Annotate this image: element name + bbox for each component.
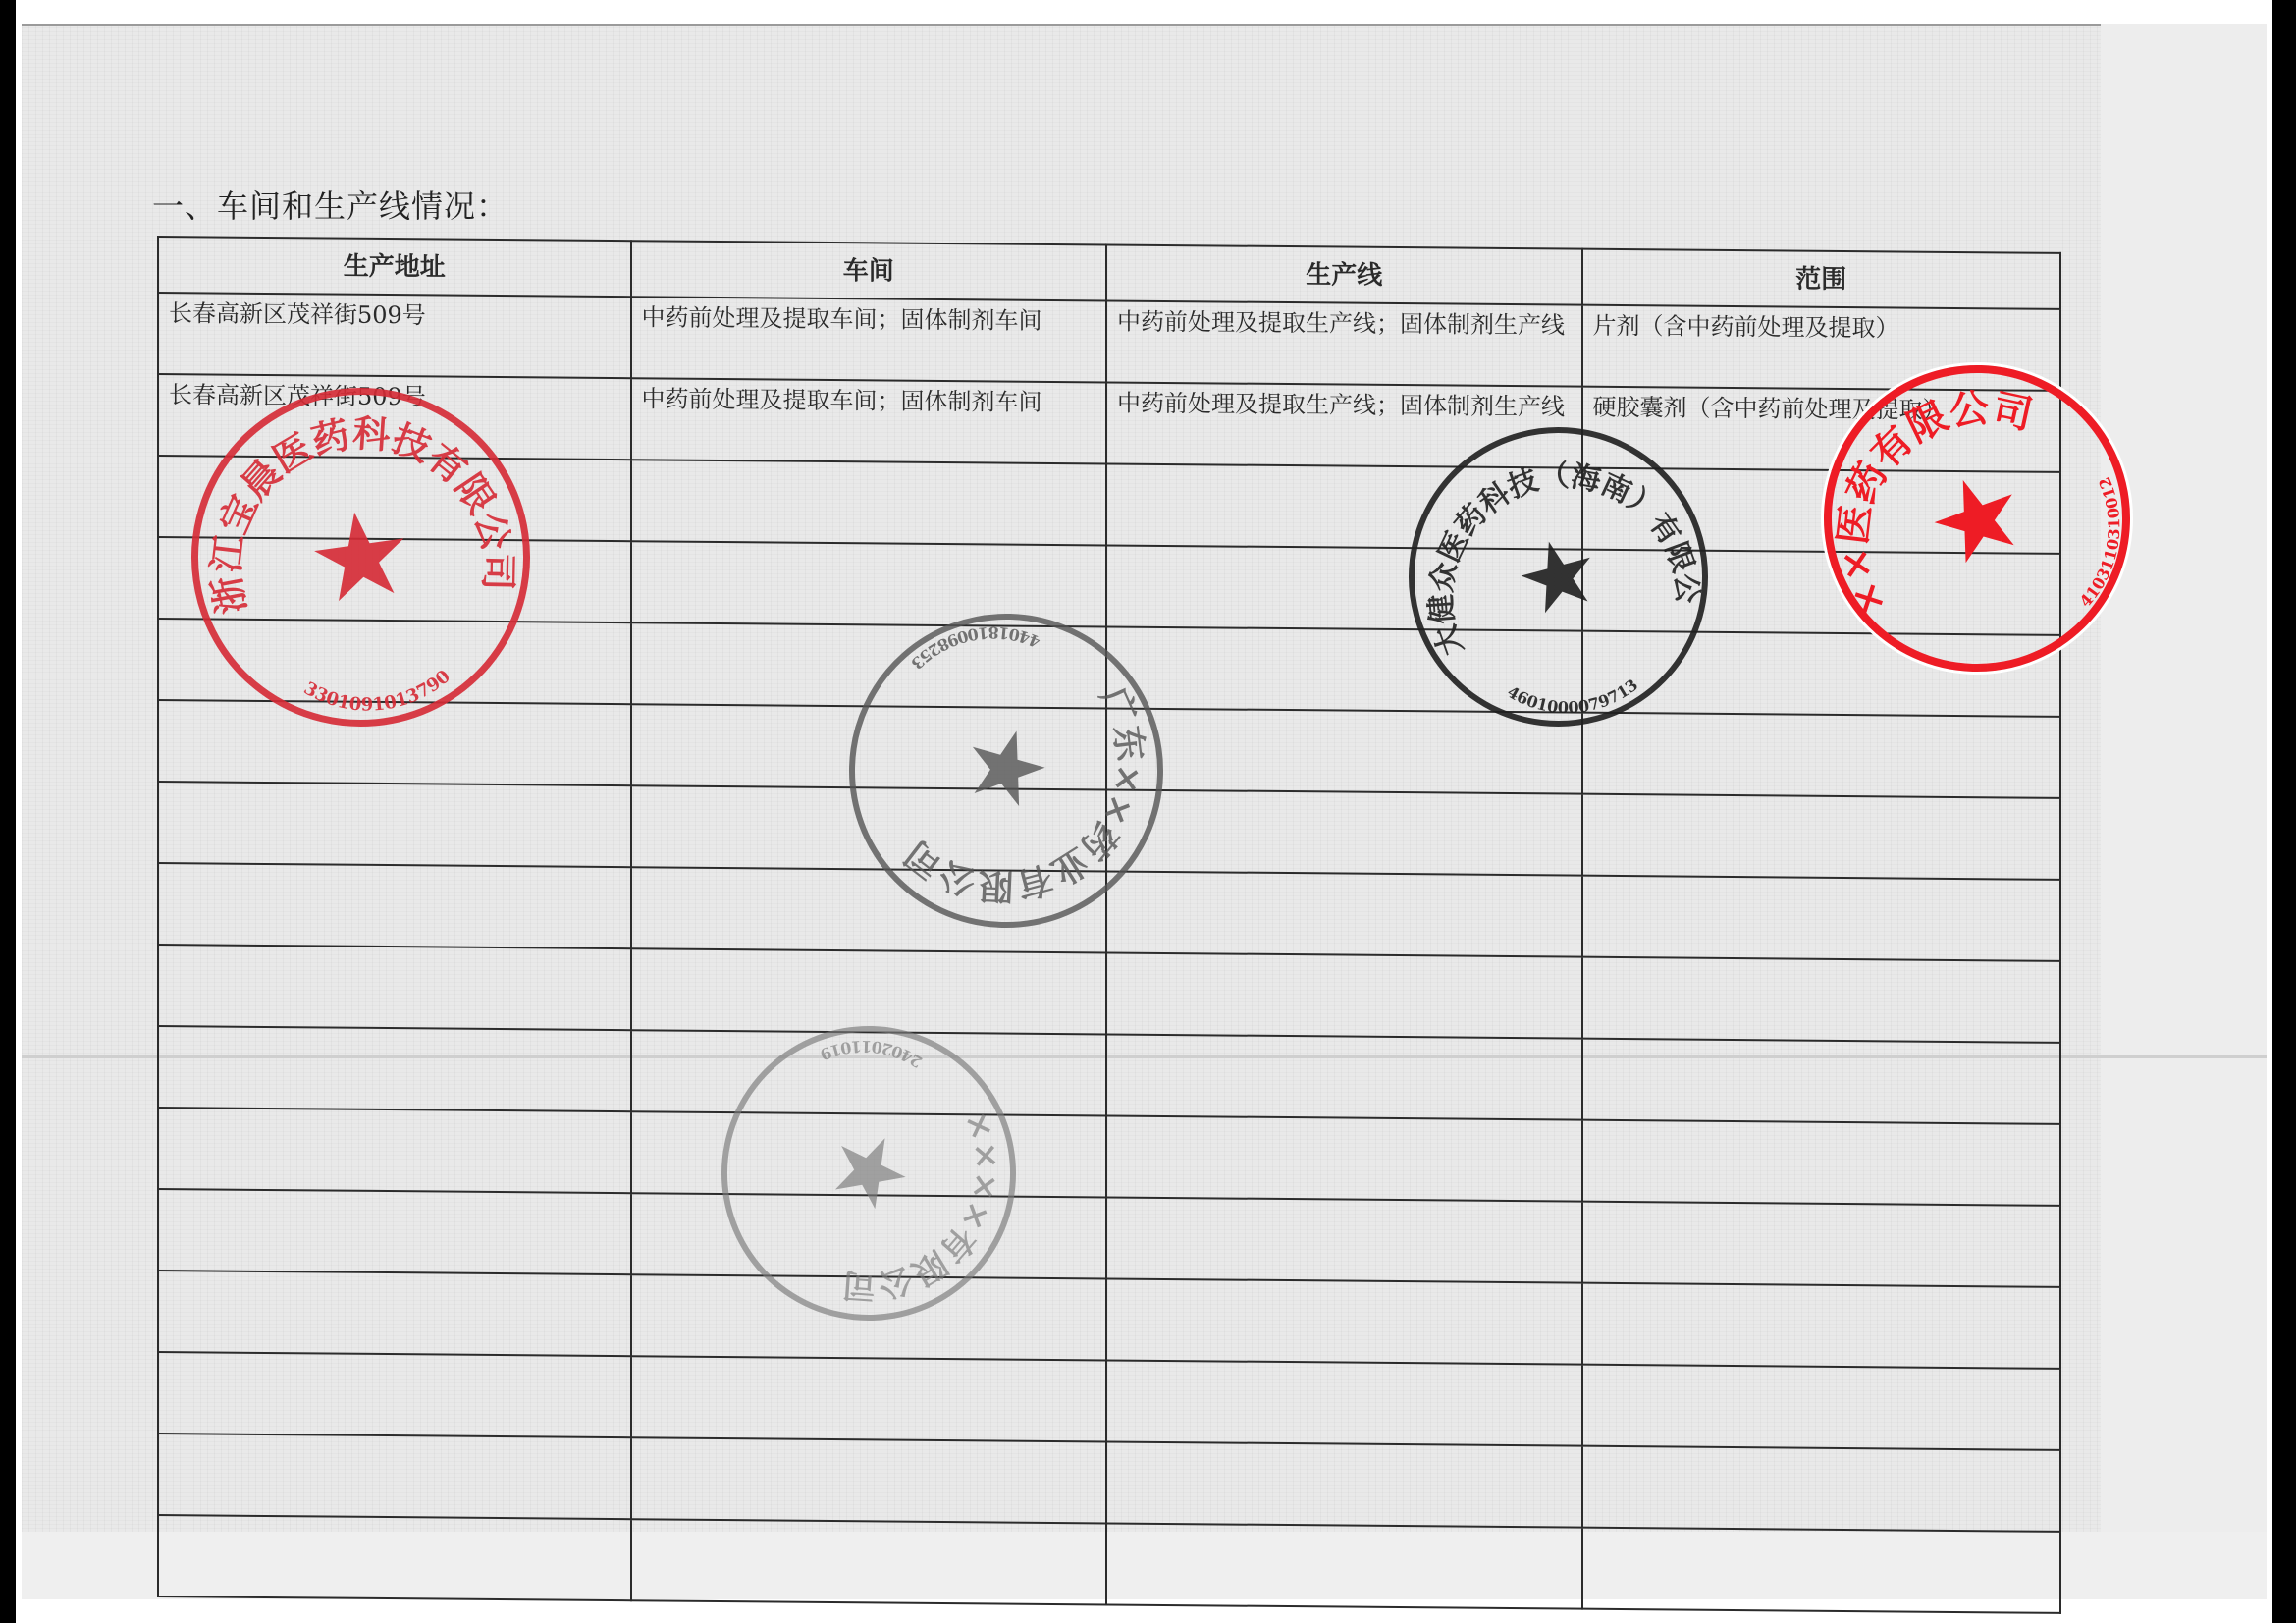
empty-cell <box>158 863 631 948</box>
header-workshop: 车间 <box>631 241 1107 300</box>
empty-cell <box>1106 1278 1582 1364</box>
empty-cell <box>1582 1039 2061 1124</box>
company-seal-stamp: ××××有限公司 2402011019 ★ <box>698 1002 1040 1344</box>
empty-table-row <box>158 1515 2060 1613</box>
empty-cell <box>1582 1202 2061 1287</box>
svg-text:3301091013790: 3301091013790 <box>298 659 457 727</box>
empty-cell <box>1582 876 2061 961</box>
empty-cell <box>158 945 631 1030</box>
empty-cell <box>1106 1034 1582 1119</box>
page-margin-right <box>2101 24 2267 1599</box>
empty-cell <box>631 1356 1107 1441</box>
empty-cell <box>1582 957 2061 1043</box>
empty-cell <box>158 1352 631 1437</box>
empty-cell <box>158 1108 631 1193</box>
svg-text:2402011019: 2402011019 <box>817 1025 928 1088</box>
scan-border-left <box>0 0 16 1623</box>
cell-workshop: 中药前处理及提取车间；固体制剂车间 <box>631 378 1107 463</box>
cell-production-line: 中药前处理及提取生产线；固体制剂生产线 <box>1106 300 1582 386</box>
header-production-line: 生产线 <box>1106 244 1582 304</box>
empty-cell <box>158 1515 631 1600</box>
scan-edge <box>22 24 2267 26</box>
star-icon: ★ <box>820 1120 918 1226</box>
empty-cell <box>158 782 631 867</box>
header-scope: 范围 <box>1582 249 2061 309</box>
empty-cell <box>1582 1365 2061 1450</box>
empty-cell <box>631 948 1107 1034</box>
empty-cell <box>158 1026 631 1111</box>
empty-cell <box>158 1271 631 1356</box>
company-seal-stamp: 浙江宝晨医药科技有限公司 3301091013790 ★ <box>170 366 553 749</box>
empty-cell <box>631 1519 1107 1604</box>
empty-cell <box>1106 952 1582 1038</box>
scan-border-right <box>2272 0 2296 1623</box>
empty-cell <box>1106 1115 1582 1201</box>
empty-cell <box>1582 713 2061 798</box>
empty-cell <box>1582 794 2061 880</box>
header-address: 生产地址 <box>158 237 631 297</box>
empty-cell <box>158 1189 631 1274</box>
empty-cell <box>158 1434 631 1519</box>
empty-cell <box>1582 1120 2061 1206</box>
star-icon: ★ <box>300 492 421 623</box>
cell-workshop: 中药前处理及提取车间；固体制剂车间 <box>631 297 1107 382</box>
empty-cell <box>631 1437 1107 1523</box>
empty-cell <box>631 460 1107 545</box>
empty-cell <box>1582 1446 2061 1532</box>
empty-cell <box>1582 1528 2061 1613</box>
empty-cell <box>1106 871 1582 956</box>
empty-cell <box>1106 1441 1582 1527</box>
section-title: 一、车间和生产线情况： <box>152 182 508 227</box>
empty-cell <box>1582 1283 2061 1369</box>
empty-cell <box>1106 1523 1582 1608</box>
empty-cell <box>1106 1360 1582 1445</box>
cell-address: 长春高新区茂祥街509号 <box>158 293 631 378</box>
empty-cell <box>1106 1197 1582 1282</box>
